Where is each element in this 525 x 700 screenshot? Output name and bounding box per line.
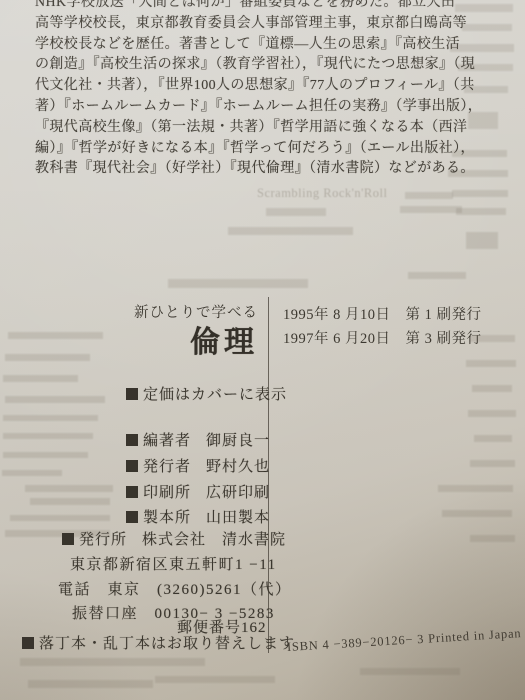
staff-row-printer: 印刷所広研印刷: [126, 481, 270, 502]
third-printing-line: 1997年 6 月20日 第 3 刷発行: [283, 327, 482, 348]
staff-row-editor: 編著者御厨良一: [126, 429, 270, 450]
bio-line: 学校校長などを歴任。著書として『道標―人生の思索』『高校生活: [35, 35, 467, 56]
author-biography: NHK学校放送「人間とは何か」番組委員などを務めた。都立大田 高等学校校長，東京…: [35, 0, 467, 180]
square-bullet-icon: [126, 511, 138, 523]
bio-line: 代文化社・共著），『世界100人の思想家』『77人のプロフィール』（共: [35, 76, 467, 97]
square-bullet-icon: [126, 460, 138, 472]
bio-line: の創造』『高校生活の探求』（教育学習社），『現代にたつ思想家』（現: [35, 55, 467, 76]
staff-role: 発行者: [143, 459, 191, 475]
bio-line: 著）『ホームルームカード』『ホームルーム担任の実務』（学事出版），: [35, 97, 467, 118]
staff-role: 製本所: [143, 510, 191, 526]
bio-line: 教科書『現代社会』（好学社）『現代倫理』（清水書院）などがある。: [35, 159, 467, 180]
staff-role: 編著者: [143, 433, 191, 449]
bio-line: 高等学校校長，東京都教育委員会人事部管理主事，東京都白鴎高等: [35, 14, 467, 35]
staff-name: 山田製本: [206, 510, 270, 526]
book-title: 倫理: [100, 317, 258, 361]
square-bullet-icon: [126, 388, 138, 400]
square-bullet-icon: [62, 533, 74, 545]
bleedthrough-text: Scrambling Rock'n'Roll: [257, 186, 387, 201]
staff-name: 御厨良一: [206, 433, 270, 449]
book-colophon-page: Scrambling Rock'n'Roll NHK学校放送「人間とは何か」番組…: [0, 0, 525, 700]
defective-copy-text: 落丁本・乱丁本はお取り替えします: [39, 636, 295, 652]
publisher-row: 発行所株式会社 清水書院: [62, 528, 286, 549]
price-note: 定価はカバーに表示: [126, 383, 287, 404]
square-bullet-icon: [22, 637, 34, 649]
bio-line: NHK学校放送「人間とは何か」番組委員などを務めた。都立大田: [35, 0, 467, 14]
staff-name: 野村久也: [206, 459, 270, 475]
price-note-text: 定価はカバーに表示: [143, 387, 287, 403]
bio-line: 『現代高校生像』（第一法規・共著）『哲学用語に強くなる本（西洋: [35, 118, 467, 139]
first-printing-line: 1995年 8 月10日 第 1 刷発行: [283, 303, 482, 324]
staff-role: 印刷所: [143, 485, 191, 501]
defective-copy-note: 落丁本・乱丁本はお取り替えします: [22, 632, 295, 653]
square-bullet-icon: [126, 434, 138, 446]
bio-line: 編）』『哲学が好きになる本』『哲学って何だろう』（エール出版社），: [35, 139, 467, 160]
publisher-name: 株式会社 清水書院: [142, 532, 286, 548]
staff-row-binder: 製本所山田製本: [126, 506, 270, 527]
square-bullet-icon: [126, 486, 138, 498]
publisher-role: 発行所: [79, 532, 127, 548]
publisher-phone: 電話 東京 (3260)5261（代）: [58, 578, 292, 599]
publisher-address: 東京都新宿区東五軒町1 −11: [70, 553, 277, 574]
staff-name: 広研印刷: [206, 485, 270, 501]
staff-row-issuer: 発行者野村久也: [126, 455, 270, 476]
